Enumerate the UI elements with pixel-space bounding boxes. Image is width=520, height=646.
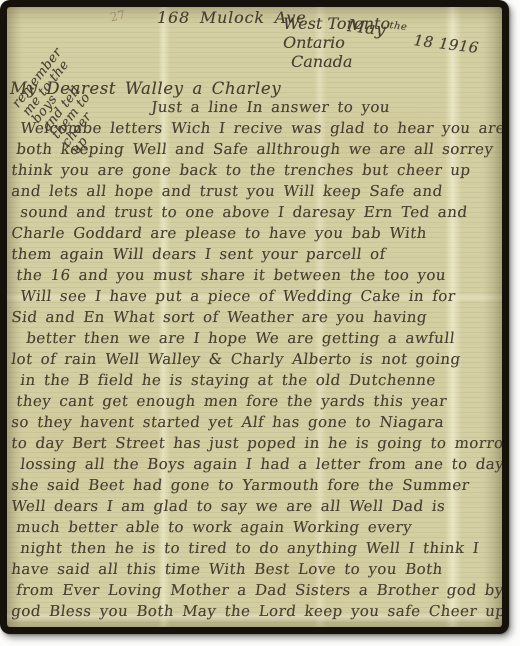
body-line: the 16 and you must share it between the… bbox=[15, 265, 502, 286]
body-line: Sid and En What sort of Weather are you … bbox=[10, 307, 502, 328]
body-line: them again Will dears I sent your parcel… bbox=[10, 244, 502, 265]
body-line: in the B field he is staying at the old … bbox=[19, 370, 502, 391]
body-line: Will see I have put a piece of Wedding C… bbox=[19, 286, 502, 307]
body-line: so they havent started yet Alf has gone … bbox=[10, 412, 502, 433]
body-line: much better able to work again Working e… bbox=[15, 517, 502, 538]
body-line: Just a line In answer to you bbox=[10, 97, 502, 118]
letter-body: Just a line In answer to you Welcombe le… bbox=[10, 97, 500, 622]
date-the: the bbox=[389, 20, 408, 33]
date-day-year: 18 1916 bbox=[413, 31, 480, 57]
body-line: Charle Goddard are please to have you ba… bbox=[10, 223, 502, 244]
body-line: from Ever Loving Mother a Dad Sisters a … bbox=[15, 580, 502, 601]
body-line: have said all this time With Best Love t… bbox=[10, 559, 502, 580]
letter-photo-frame: remember me to the boys and tell them to… bbox=[0, 0, 509, 634]
body-line: night then he is to tired to do anything… bbox=[19, 538, 502, 559]
body-line: lossing all the Boys again I had a lette… bbox=[19, 454, 502, 475]
body-line: both keeping Well and Safe allthrough we… bbox=[15, 139, 502, 160]
sender-country: Canada bbox=[291, 52, 390, 71]
body-line: and lets all hope and trust you Will kee… bbox=[10, 181, 502, 202]
pencil-mark: 27 bbox=[109, 8, 127, 25]
body-line: to day Bert Street has just poped in he … bbox=[10, 433, 502, 454]
body-line: think you are gone back to the trenches … bbox=[10, 160, 502, 181]
body-line: Well dears I am glad to say we are all W… bbox=[10, 496, 502, 517]
body-line: Welcombe letters Wich I recive was glad … bbox=[19, 118, 502, 139]
salutation: My Dearest Walley a Charley bbox=[10, 79, 281, 98]
body-line: better then we are I hope We are getting… bbox=[25, 328, 502, 349]
body-line: they cant get enough men fore the yards … bbox=[15, 391, 502, 412]
body-line: she said Beet had gone to Yarmouth fore … bbox=[10, 475, 502, 496]
letter-paper: remember me to the boys and tell them to… bbox=[7, 7, 502, 627]
scanned-letter-page: { "style": { "paper_color": "#d4cfa2", "… bbox=[0, 0, 520, 646]
body-line: lot of rain Well Walley & Charly Alberto… bbox=[10, 349, 502, 370]
body-line: sound and trust to one above I daresay E… bbox=[19, 202, 502, 223]
body-line: god Bless you Both May the Lord keep you… bbox=[10, 601, 502, 622]
